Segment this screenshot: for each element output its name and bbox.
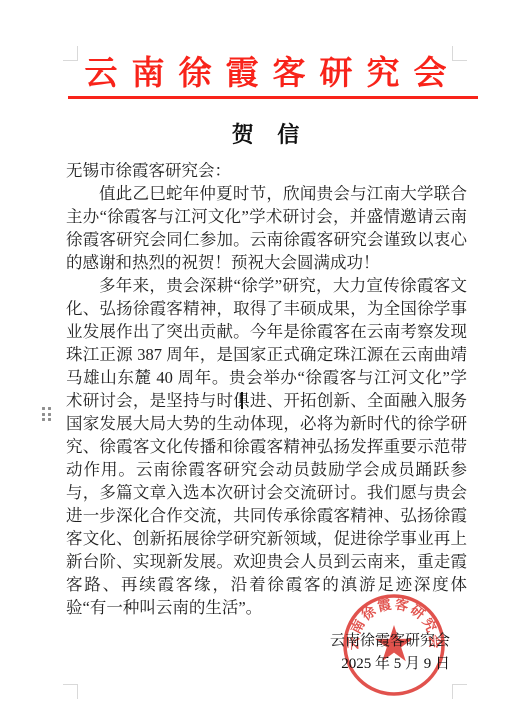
text-caret [241,392,243,409]
salutation[interactable]: 无锡市徐霞客研究会： [66,159,467,182]
letter-title[interactable]: 贺 信 [64,121,467,148]
paragraph-1[interactable]: 值此乙巳蛇年仲夏时节，欣闻贵会与江南大学联合主办“徐霞客与江河文化”学术研讨会，… [66,182,467,274]
margin-crop-mark-bottom-left [63,684,78,699]
letter-body[interactable]: 无锡市徐霞客研究会： 值此乙巳蛇年仲夏时节，欣闻贵会与江南大学联合主办“徐霞客与… [66,159,467,619]
signature-block: 云南徐霞客研究会 2025 年 5 月 9 日 [330,630,450,675]
paragraph-2[interactable]: 多年来，贵会深耕“徐学”研究，大力宣传徐霞客文化、弘扬徐霞客精神，取得了丰硕成果… [66,274,467,619]
signature-org[interactable]: 云南徐霞客研究会 [330,630,450,653]
document-page: 云南徐霞客研究会 贺 信 无锡市徐霞客研究会： 值此乙巳蛇年仲夏时节，欣闻贵会与… [0,0,531,727]
letterhead-title[interactable]: 云南徐霞客研究会 [64,54,467,92]
drag-handle-icon[interactable] [42,407,51,421]
margin-crop-mark-bottom-right [452,684,467,699]
letterhead-rule [68,96,478,99]
signature-date[interactable]: 2025 年 5 月 9 日 [330,653,450,676]
